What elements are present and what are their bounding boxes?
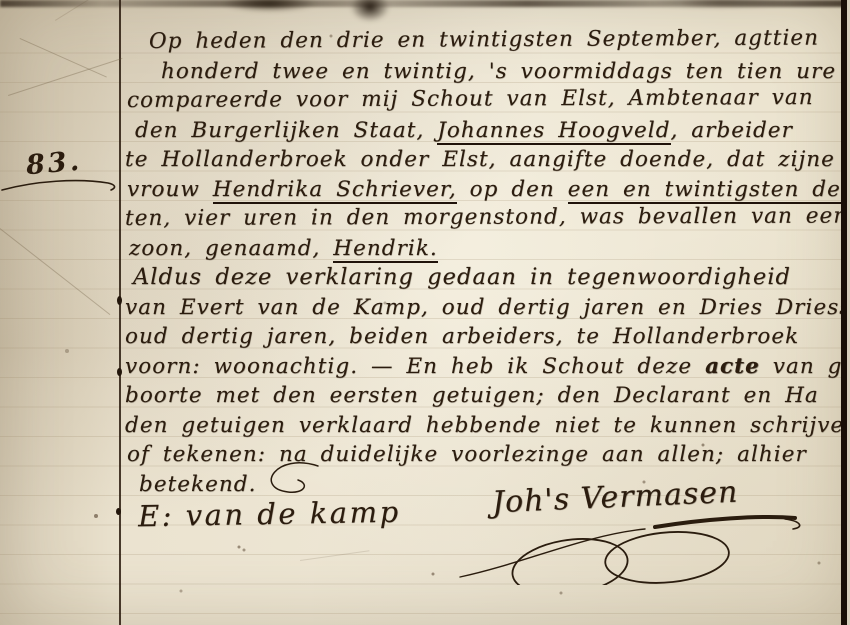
text-segment: den getuigen verklaard hebbende niet te …	[125, 413, 850, 438]
text-segment: boorte met den eersten getuigen; den Dec…	[125, 383, 819, 408]
handwritten-line: of tekenen: na duidelijke voorlezinge aa…	[127, 440, 850, 470]
text-segment: op den	[457, 177, 568, 202]
handwritten-line: zoon, genaamd, Hendrik.	[129, 234, 850, 264]
text-segment: acte	[705, 354, 760, 379]
handwritten-line: compareerde voor mij Schout van Elst, Am…	[127, 83, 850, 116]
handwritten-lines: Op heden den drie en twintigsten Septemb…	[125, 27, 850, 499]
text-segment: oud dertig jaren, beiden arbeiders, te H…	[125, 324, 799, 349]
text-segment: van ge	[760, 354, 850, 379]
margin-rule	[119, 0, 121, 625]
paper-scratch	[300, 550, 369, 561]
handwritten-line: Aldus deze verklaring gedaan in tegenwoo…	[133, 263, 850, 293]
handwritten-line: ten, vier uren in den morgenstond, was b…	[125, 201, 850, 233]
text-segment: vrouw	[127, 177, 213, 202]
underlined-name: Johannes Hoogveld	[437, 118, 670, 145]
ink-smudge	[650, 0, 790, 8]
text-segment: Aldus deze verklaring gedaan in tegenwoo…	[133, 264, 791, 290]
text-segment: ten, vier uren in den morgenstond, was b…	[125, 203, 848, 231]
handwritten-line: boorte met den eersten getuigen; den Dec…	[125, 381, 850, 411]
paper-specks	[0, 0, 2, 2]
handwritten-line: te Hollanderbroek onder Elst, aangifte d…	[125, 145, 850, 175]
handwritten-line: voorn: woonachtig. — En heb ik Schout de…	[125, 352, 850, 382]
ink-smudge	[350, 0, 390, 22]
ink-blob	[117, 368, 122, 376]
underlined-name: Hendrika Schriever,	[213, 177, 457, 204]
text-segment: voorn: woonachtig. — En heb ik Schout de…	[125, 354, 705, 379]
paper-scratch	[20, 38, 107, 78]
text-segment: betekend.	[139, 472, 257, 497]
handwritten-line: vrouw Hendrika Schriever, op den een en …	[127, 175, 850, 205]
margin-entry-number: 83.	[25, 146, 83, 182]
text-segment: den Burgerlijken Staat,	[135, 118, 437, 143]
handwritten-line: honderd twee en twintig, 's voormiddags …	[161, 57, 850, 87]
handwritten-line: oud dertig jaren, beiden arbeiders, te H…	[125, 322, 850, 352]
text-segment: te Hollanderbroek onder Elst, aangifte d…	[125, 147, 835, 172]
text-segment: van Evert van de Kamp, oud dertig jaren …	[125, 295, 850, 320]
text-segment: zoon, genaamd,	[129, 236, 333, 261]
text-segment: , arbeider	[671, 118, 793, 143]
handwritten-line: den Burgerlijken Staat, Johannes Hoogvel…	[135, 116, 850, 146]
text-segment: Op heden den drie en twintigsten Septemb…	[149, 25, 819, 54]
underlined-name: Hendrik.	[333, 236, 438, 263]
underlined-name: een en twintigsten de	[568, 177, 841, 204]
ink-blob	[116, 508, 121, 515]
ink-blob	[117, 296, 122, 305]
scanned-birth-record: 83. Op heden den drie en twintigsten Sep…	[0, 0, 850, 625]
handwritten-line: Op heden den drie en twintigsten Septemb…	[149, 23, 850, 56]
paper-scratch	[0, 228, 110, 315]
text-segment: honderd twee en twintig, 's voormiddags …	[161, 59, 836, 84]
handwritten-line: van Evert van de Kamp, oud dertig jaren …	[125, 293, 850, 323]
signature-witness: E: van de kamp	[138, 495, 401, 534]
ink-smudge	[222, 0, 317, 12]
text-segment: of tekenen: na duidelijke voorlezinge aa…	[127, 442, 807, 467]
text-segment: compareerde voor mij Schout van Elst, Am…	[127, 85, 814, 113]
handwritten-line: den getuigen verklaard hebbende niet te …	[125, 411, 850, 441]
